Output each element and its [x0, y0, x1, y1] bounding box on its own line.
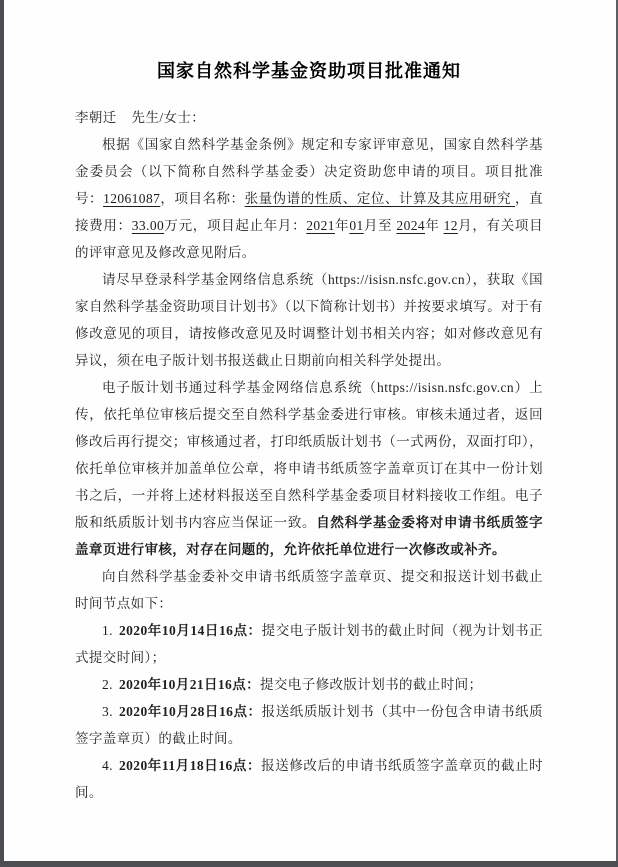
paragraph-grant-info: 根据《国家自然科学基金条例》规定和专家评审意见，国家自然科学基金委员会（以下简称…: [75, 131, 543, 266]
end-month: 12: [444, 218, 458, 233]
paragraph-login-instructions: 请尽早登录科学基金网络信息系统（https://isisn.nsfc.gov.c…: [75, 266, 543, 374]
deadline-date: 2020年10月14日16点：: [119, 623, 262, 638]
project-name: 张量伪谱的性质、定位、计算及其应用研究: [245, 191, 515, 206]
document-page: 国家自然科学基金资助项目批准通知 李朝迁先生/女士： 根据《国家自然科学基金条例…: [0, 0, 618, 867]
deadline-item-2: 2.2020年10月21日16点：提交电子修改版计划书的截止时间；: [75, 671, 543, 698]
page-edge-left: [0, 0, 4, 867]
year-char-2: 年: [425, 218, 444, 233]
deadline-item-1: 1.2020年10月14日16点：提交电子版计划书的截止时间（视为计划书正式提交…: [75, 617, 543, 671]
document-title: 国家自然科学基金资助项目批准通知: [75, 56, 543, 86]
salutation-suffix: 先生/女士：: [132, 110, 206, 125]
deadline-item-3: 3.2020年10月28日16点：报送纸质版计划书（其中一份包含申请书纸质签字盖…: [75, 698, 543, 752]
deadline-number: 2.: [102, 677, 113, 692]
direct-cost: 33.00: [132, 218, 164, 233]
end-year: 2024: [396, 218, 425, 233]
start-year: 2021: [306, 218, 335, 233]
deadline-date: 2020年11月18日16点：: [119, 758, 261, 773]
deadline-number: 3.: [102, 704, 113, 719]
grant-info-text-4: 万元，项目起止年月：: [164, 218, 306, 233]
deadline-date: 2020年10月28日16点：: [119, 704, 262, 719]
grant-number: 12061087: [103, 191, 160, 206]
salutation: 李朝迁先生/女士：: [75, 104, 543, 131]
year-char-1: 年: [335, 218, 349, 233]
month-to-char: 月至: [364, 218, 397, 233]
grant-info-text-2: ，项目名称：: [160, 191, 244, 206]
recipient-name: 李朝迁: [75, 110, 117, 125]
start-month: 01: [349, 218, 363, 233]
deadline-number: 4.: [102, 758, 113, 773]
deadline-text: 提交电子修改版计划书的截止时间；: [260, 677, 482, 692]
paragraph-deadline-intro: 向自然科学基金委补交申请书纸质签字盖章页、提交和报送计划书截止时间节点如下：: [75, 563, 543, 617]
deadline-number: 1.: [102, 623, 113, 638]
deadline-item-4: 4.2020年11月18日16点：报送修改后的申请书纸质签字盖章页的截止时间。: [75, 752, 543, 806]
page-edge-bottom: [0, 861, 618, 867]
submission-process-text: 电子版计划书通过科学基金网络信息系统（https://isisn.nsfc.go…: [75, 380, 543, 530]
document-content: 国家自然科学基金资助项目批准通知 李朝迁先生/女士： 根据《国家自然科学基金条例…: [75, 56, 543, 806]
paragraph-submission-process: 电子版计划书通过科学基金网络信息系统（https://isisn.nsfc.go…: [75, 374, 543, 563]
deadline-date: 2020年10月21日16点：: [119, 677, 260, 692]
